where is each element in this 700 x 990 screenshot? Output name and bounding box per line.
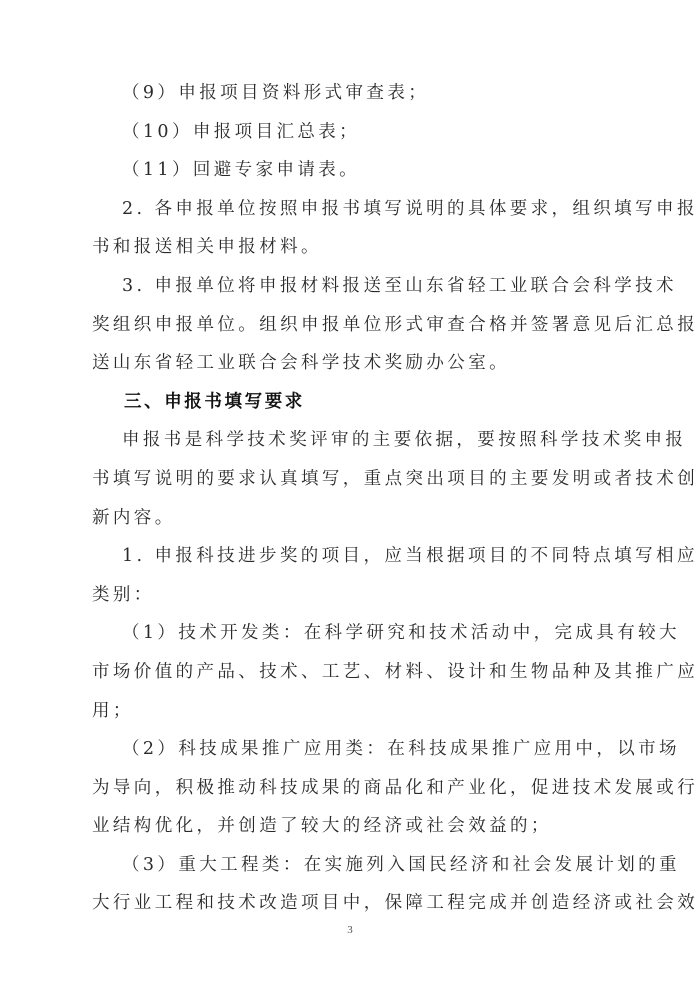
list-item-9: （9）申报项目资料形式审查表； bbox=[92, 74, 612, 113]
subitem-2-line-3: 业结构优化，并创造了较大的经济或社会效益的； bbox=[92, 807, 612, 846]
page-number: 3 bbox=[0, 924, 700, 936]
list-item-11: （11）回避专家申请表。 bbox=[92, 151, 612, 190]
subitem-1-line-2: 市场价值的产品、技术、工艺、材料、设计和生物品种及其推广应 bbox=[92, 653, 612, 692]
item-1-line-2: 类别： bbox=[92, 576, 612, 615]
subitem-3-line-1: （3）重大工程类：在实施列入国民经济和社会发展计划的重 bbox=[92, 846, 612, 885]
section-heading: 三、申报书填写要求 bbox=[92, 383, 612, 422]
section-intro-line-1: 申报书是科学技术奖评审的主要依据，要按照科学技术奖申报 bbox=[92, 421, 612, 460]
paragraph-2-line-1: 2. 各申报单位按照申报书填写说明的具体要求，组织填写申报 bbox=[92, 190, 612, 229]
subitem-2-line-2: 为导向，积极推动科技成果的商品化和产业化，促进技术发展或行 bbox=[92, 769, 612, 808]
document-page: （9）申报项目资料形式审查表； （10）申报项目汇总表； （11）回避专家申请表… bbox=[92, 74, 612, 923]
subitem-1-line-3: 用； bbox=[92, 692, 612, 731]
subitem-3-line-2: 大行业工程和技术改造项目中，保障工程完成并创造经济或社会效 bbox=[92, 884, 612, 923]
paragraph-3-line-3: 送山东省轻工业联合会科学技术奖励办公室。 bbox=[92, 344, 612, 383]
paragraph-3-line-2: 奖组织申报单位。组织申报单位形式审查合格并签署意见后汇总报 bbox=[92, 306, 612, 345]
list-item-10: （10）申报项目汇总表； bbox=[92, 113, 612, 152]
section-intro-line-3: 新内容。 bbox=[92, 499, 612, 538]
subitem-2-line-1: （2）科技成果推广应用类：在科技成果推广应用中，以市场 bbox=[92, 730, 612, 769]
item-1-line-1: 1. 申报科技进步奖的项目，应当根据项目的不同特点填写相应 bbox=[92, 537, 612, 576]
paragraph-3-line-1: 3. 申报单位将申报材料报送至山东省轻工业联合会科学技术 bbox=[92, 267, 612, 306]
section-intro-line-2: 书填写说明的要求认真填写，重点突出项目的主要发明或者技术创 bbox=[92, 460, 612, 499]
subitem-1-line-1: （1）技术开发类：在科学研究和技术活动中，完成具有较大 bbox=[92, 614, 612, 653]
paragraph-2-line-2: 书和报送相关申报材料。 bbox=[92, 228, 612, 267]
